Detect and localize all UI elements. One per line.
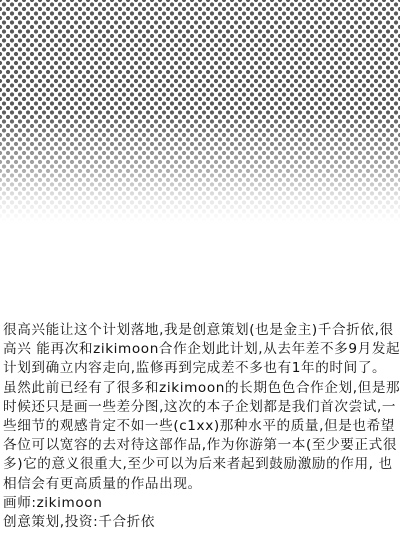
afterword-line: 些细节的观感肯定不如一些(c1xx)那种水平的质量,但是也希望 xyxy=(3,417,399,436)
afterword-line: 虽然此前已经有了很多和zikimoon的长期色色合作企划,但是那 xyxy=(3,379,399,398)
afterword-line: 很高兴能让这个计划落地,我是创意策划(也是金主)千合折依,很 xyxy=(3,321,399,340)
afterword-line: 多)它的意义很重大,至少可以为后来者起到鼓励激励的作用, 也 xyxy=(3,455,399,474)
afterword-line: 相信会有更高质量的作品出现。 xyxy=(3,475,399,494)
afterword-line: 高兴 能再次和zikimoon合作企划此计划,从去年差不多9月发起 xyxy=(3,340,399,359)
afterword-text: 很高兴能让这个计划落地,我是创意策划(也是金主)千合折依,很 高兴 能再次和zi… xyxy=(3,321,399,532)
afterword-line: 计划到确立内容走向,监修再到完成差不多也有1年的时间了。 xyxy=(3,359,399,378)
artist-credit: 画师:zikimoon xyxy=(3,494,399,513)
halftone-dot-pattern xyxy=(0,0,400,225)
producer-credit: 创意策划,投资:千合折依 xyxy=(3,513,399,532)
afterword-line: 时候还只是画一些差分图,这次的本子企划都是我们首次尝试,一 xyxy=(3,398,399,417)
afterword-line: 各位可以宽容的去对待这部作品,作为你游第一本(至少要正式很 xyxy=(3,436,399,455)
